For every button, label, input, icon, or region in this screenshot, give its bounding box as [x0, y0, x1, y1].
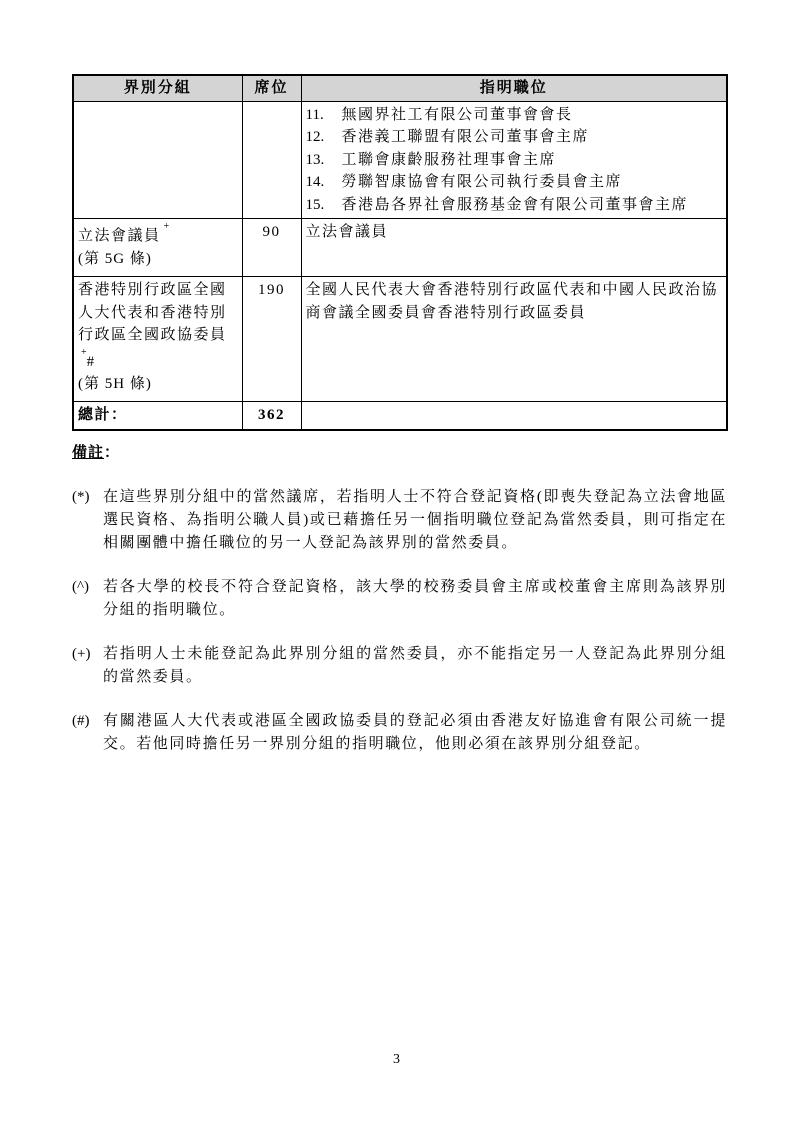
table-row-total: 總計： 362 — [73, 402, 727, 430]
seats-cell: 190 — [242, 277, 301, 402]
note-text: 有關港區人大代表或港區全國政協委員的登記必須由香港友好協進會有限公司統一提交。若… — [103, 710, 727, 756]
table-row-npc-cppcc: 香港特別行政區全國人大代表和香港特別行政區全國政協委員+# (第 5H 條) 1… — [73, 277, 727, 402]
sector-section-ref: (第 5G 條) — [78, 248, 238, 271]
table-header-row: 界別分組 席位 指明職位 — [73, 75, 727, 101]
table-row-continuation: 11. 無國界社工有限公司董事會會長 12. 香港義工聯盟有限公司董事會主席 1… — [73, 101, 727, 219]
position-number: 11. — [306, 104, 342, 127]
sector-superscript: + — [161, 221, 170, 232]
sector-cell-empty — [73, 101, 242, 219]
note-item-caret: (^) 若各大學的校長不符合登記資格，該大學的校務委員會主席或校董會主席則為該界… — [72, 576, 727, 622]
position-number: 15. — [306, 194, 342, 217]
document-page: 界別分組 席位 指明職位 11. 無國界社工有限公司董事會會長 12. 香港義工… — [0, 0, 793, 1122]
sector-table: 界別分組 席位 指明職位 11. 無國界社工有限公司董事會會長 12. 香港義工… — [72, 74, 728, 431]
sector-section-ref: (第 5H 條) — [78, 373, 238, 396]
note-marker: (#) — [72, 710, 103, 756]
position-text: 勞聯智康協會有限公司執行委員會主席 — [342, 171, 723, 194]
position-number: 14. — [306, 171, 342, 194]
positions-cell: 11. 無國界社工有限公司董事會會長 12. 香港義工聯盟有限公司董事會主席 1… — [301, 101, 727, 219]
position-number: 12. — [306, 126, 342, 149]
note-marker: (+) — [72, 643, 103, 689]
position-text: 香港島各界社會服務基金會有限公司董事會主席 — [342, 194, 723, 217]
sector-cell: 香港特別行政區全國人大代表和香港特別行政區全國政協委員+# (第 5H 條) — [73, 277, 242, 402]
header-seats: 席位 — [242, 75, 301, 101]
position-text: 香港義工聯盟有限公司董事會主席 — [342, 126, 723, 149]
total-positions-empty — [301, 402, 727, 430]
sector-superscript: + — [78, 347, 87, 358]
position-text: 無國界社工有限公司董事會會長 — [342, 104, 723, 127]
sector-cell: 立法會議員+ (第 5G 條) — [73, 219, 242, 277]
position-item: 12. 香港義工聯盟有限公司董事會主席 — [306, 126, 723, 149]
note-marker: (*) — [72, 486, 103, 555]
header-positions: 指明職位 — [301, 75, 727, 101]
notes-heading-colon: ： — [104, 445, 120, 461]
sector-name: 香港特別行政區全國人大代表和香港特別行政區全國政協委員 — [78, 282, 227, 343]
note-text: 若指明人士未能登記為此界別分組的當然委員，亦不能指定另一人登記為此界別分組的當然… — [103, 643, 727, 689]
table-row-legco: 立法會議員+ (第 5G 條) 90 立法會議員 — [73, 219, 727, 277]
header-sector: 界別分組 — [73, 75, 242, 101]
note-item-hash: (#) 有關港區人大代表或港區全國政協委員的登記必須由香港友好協進會有限公司統一… — [72, 710, 727, 756]
notes-heading: 備註： — [72, 441, 727, 462]
note-item-asterisk: (*) 在這些界別分組中的當然議席，若指明人士不符合登記資格(即喪失登記為立法會… — [72, 486, 727, 555]
position-item: 11. 無國界社工有限公司董事會會長 — [306, 104, 723, 127]
total-label: 總計： — [73, 402, 242, 430]
notes-section: 備註： (*) 在這些界別分組中的當然議席，若指明人士不符合登記資格(即喪失登記… — [72, 441, 727, 777]
position-item: 15. 香港島各界社會服務基金會有限公司董事會主席 — [306, 194, 723, 217]
seats-cell: 90 — [242, 219, 301, 277]
note-item-plus: (+) 若指明人士未能登記為此界別分組的當然委員，亦不能指定另一人登記為此界別分… — [72, 643, 727, 689]
position-text: 工聯會康齡服務社理事會主席 — [342, 149, 723, 172]
position-item: 13. 工聯會康齡服務社理事會主席 — [306, 149, 723, 172]
seats-cell-empty — [242, 101, 301, 219]
positions-cell: 全國人民代表大會香港特別行政區代表和中國人民政治協商會議全國委員會香港特別行政區… — [301, 277, 727, 402]
note-marker: (^) — [72, 576, 103, 622]
positions-cell: 立法會議員 — [301, 219, 727, 277]
note-text: 若各大學的校長不符合登記資格，該大學的校務委員會主席或校董會主席則為該界別分組的… — [103, 576, 727, 622]
notes-heading-label: 備註 — [72, 445, 104, 461]
sector-hash-mark: # — [87, 354, 95, 370]
position-item: 14. 勞聯智康協會有限公司執行委員會主席 — [306, 171, 723, 194]
page-number: 3 — [0, 1052, 793, 1068]
position-number: 13. — [306, 149, 342, 172]
note-text: 在這些界別分組中的當然議席，若指明人士不符合登記資格(即喪失登記為立法會地區選民… — [103, 486, 727, 555]
total-seats: 362 — [242, 402, 301, 430]
sector-name: 立法會議員 — [78, 228, 161, 244]
